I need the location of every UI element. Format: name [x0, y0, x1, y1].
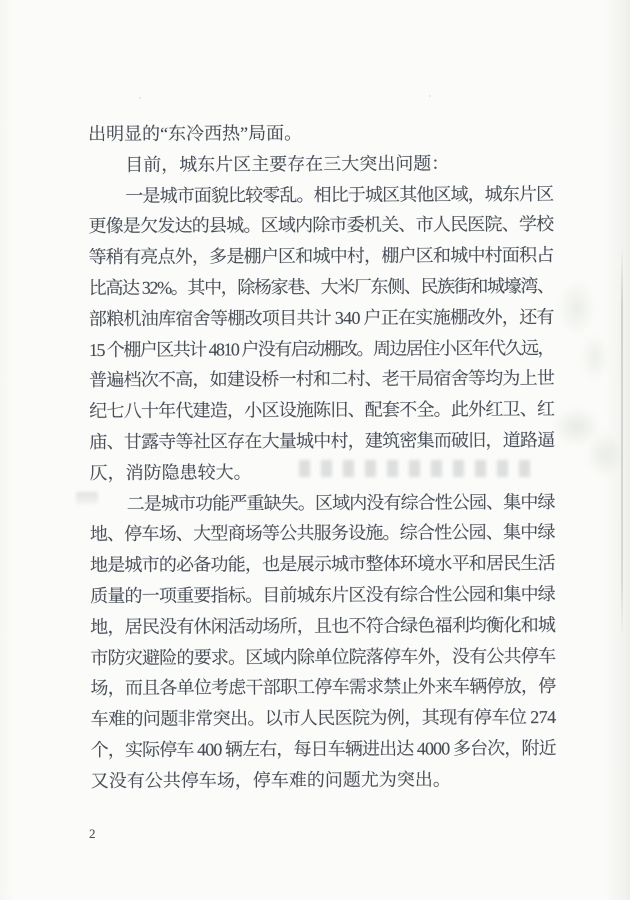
scan-bleedthrough-tint [550, 390, 626, 482]
text-line-content: 质量的一项重要指标。目前城东片区没有综合性公园和集中绿 [90, 584, 555, 606]
text-line-content: 目前，城东片区主要存在三大突出问题： [125, 153, 449, 174]
page-number: 2 [89, 826, 96, 842]
text-line: 普遍档次不高，如建设桥一村和二村、老干局宿舍等均为上世 [89, 363, 554, 396]
text-line-content: 普遍档次不高，如建设桥一村和二村、老干局宿舍等均为上世 [89, 368, 554, 390]
text-line: 纪七八十年代建造，小区设施陈旧、配套不全。此外红卫、红 [89, 394, 554, 427]
document-body: 出明显的“东冷西热”局面。 目前，城东片区主要存在三大突出问题： 一是城市面貌比… [88, 117, 556, 797]
text-line: 地、停车场、大型商场等公共服务设施。综合性公园、集中绿 [90, 517, 555, 550]
text-line-content: 15 个棚户区共计 4810 户没有启动棚改。周边居住小区年代久远， [89, 338, 554, 360]
text-line-content: 市防灾避险的要求。区域内除单位院落停车外，没有公共停车 [90, 646, 555, 668]
text-line-content: 个，实际停车 400 辆左右，每日车辆进出达 4000 多台次，附近 [91, 738, 556, 760]
text-line: 出明显的“东冷西热”局面。 [88, 117, 553, 150]
text-line-content: 一是城市面貌比较零乱。相比于城区其他区域，城东片区 [125, 184, 553, 206]
text-line-content: 仄，消防隐患较大。 [89, 462, 251, 483]
text-line: 部粮机油库宿舍等棚改项目共计 340 户正在实施棚改外，还有 [89, 302, 554, 335]
text-line-content: 地、停车场、大型商场等公共服务设施。综合性公园、集中绿 [90, 522, 555, 544]
text-line-content: 出明显的“东冷西热”局面。 [88, 123, 302, 144]
text-line-content: 地是城市的必备功能，也是展示城市整体环境水平和居民生活 [90, 553, 555, 575]
text-line-content: 又没有公共停车场，停车难的问题尤为突出。 [91, 769, 451, 791]
text-line: 二是城市功能严重缺失。区域内没有综合性公园、集中绿 [90, 487, 555, 520]
text-line-content: 二是城市功能严重缺失。区域内没有综合性公园、集中绿 [127, 492, 555, 514]
text-line-content: 比高达 32%。其中，除杨家巷、大米厂东侧、民族街和城壕湾、 [89, 276, 554, 298]
text-line: 又没有公共停车场，停车难的问题尤为突出。 [91, 764, 556, 797]
text-line: 个，实际停车 400 辆左右，每日车辆进出达 4000 多台次，附近 [91, 733, 556, 766]
scanned-document-page: 出明显的“东冷西热”局面。 目前，城东片区主要存在三大突出问题： 一是城市面貌比… [0, 0, 630, 900]
text-line: 仄，消防隐患较大。 [89, 456, 554, 489]
text-line: 一是城市面貌比较零乱。相比于城区其他区域，城东片区 [88, 179, 553, 212]
text-line: 车难的问题非常突出。以市人民医院为例，其现有停车位 274 [91, 702, 556, 735]
text-line-content: 更像是欠发达的县城。区域内除市委机关、市人民医院、学校 [88, 214, 553, 236]
text-line: 地，居民没有休闲活动场所，且也不符合绿色福利均衡化和城 [90, 610, 555, 643]
text-line: 地是城市的必备功能，也是展示城市整体环境水平和居民生活 [90, 548, 555, 581]
text-line-content: 车难的问题非常突出。以市人民医院为例，其现有停车位 274 [91, 707, 556, 729]
text-line-content: 地，居民没有休闲活动场所，且也不符合绿色福利均衡化和城 [90, 615, 555, 637]
text-line-content: 部粮机油库宿舍等棚改项目共计 340 户正在实施棚改外，还有 [89, 307, 554, 329]
text-line: 市防灾避险的要求。区域内除单位院落停车外，没有公共停车 [90, 641, 555, 674]
text-line: 等稍有亮点外，多是棚户区和城中村，棚户区和城中村面积占 [89, 240, 554, 273]
scan-edge-shadow [621, 246, 623, 638]
text-line-content: 庙、甘露寺等社区存在大量城中村，建筑密集而破旧，道路逼 [89, 430, 554, 452]
text-line: 庙、甘露寺等社区存在大量城中村，建筑密集而破旧，道路逼 [89, 425, 554, 458]
text-line: 比高达 32%。其中，除杨家巷、大米厂东侧、民族街和城壕湾、 [89, 271, 554, 304]
text-line-content: 场，而且各单位考虑干部职工停车需求禁止外来车辆停放，停 [90, 676, 555, 698]
text-line-content: 纪七八十年代建造，小区设施陈旧、配套不全。此外红卫、红 [89, 399, 554, 421]
text-line-content: 等稍有亮点外，多是棚户区和城中村，棚户区和城中村面积占 [89, 245, 554, 267]
text-line: 更像是欠发达的县城。区域内除市委机关、市人民医院、学校 [88, 209, 553, 242]
text-line: 场，而且各单位考虑干部职工停车需求禁止外来车辆停放，停 [90, 671, 555, 704]
text-line: 15 个棚户区共计 4810 户没有启动棚改。周边居住小区年代久远， [89, 333, 554, 366]
text-line: 目前，城东片区主要存在三大突出问题： [88, 148, 553, 181]
scan-bleedthrough-tint [548, 275, 620, 385]
text-line: 质量的一项重要指标。目前城东片区没有综合性公园和集中绿 [90, 579, 555, 612]
